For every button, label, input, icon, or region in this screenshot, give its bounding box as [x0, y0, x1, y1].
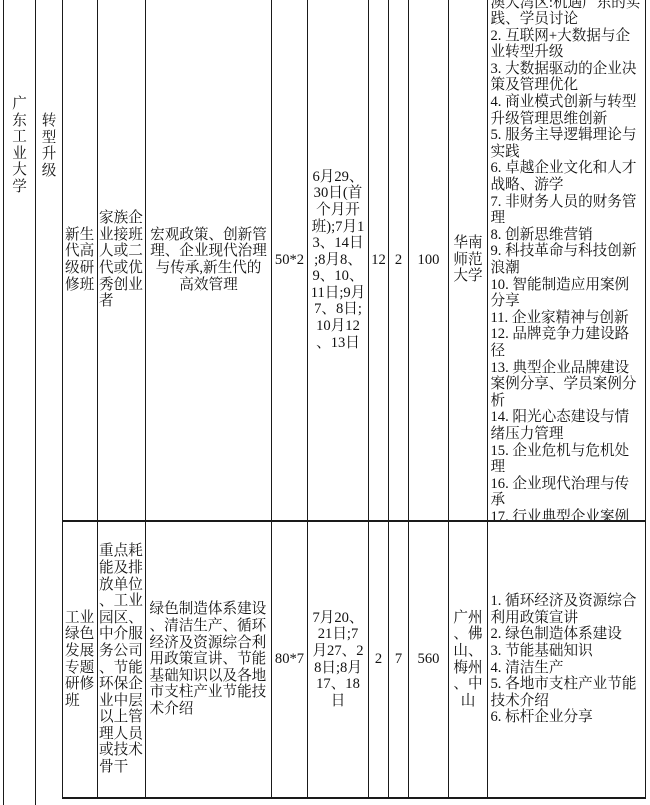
audience-text: 家族企业接班人或二代或优秀创业者: [99, 210, 144, 310]
training-schedule-table: 广东工业大学 转型升级 新生代高级研修班 家族企业接班人或二代或优秀创业者 宏观…: [0, 0, 650, 805]
partner-name: 华南师范大学: [453, 235, 484, 285]
cell-program-row2: 工业绿色发展专题研修班: [63, 522, 97, 797]
program-name: 工业绿色发展专题研修班: [65, 610, 95, 710]
topic-item: 17. 行业典型企业案例分享: [491, 509, 643, 520]
topic-item: 11. 企业家精神与创新: [491, 310, 643, 327]
content-text: 绿色制造体系建设、清洁生产、循环经济及资源综合利用政策宣讲、节能基础知识以及各地…: [150, 601, 268, 717]
schedule-text: 7月20、21日;7月27、28日;8月17、18日: [311, 610, 366, 710]
topic-item: 12. 品牌竞争力建设路径: [491, 326, 643, 359]
topic-item: 5. 服务主导逻辑理论与实践: [491, 127, 643, 160]
track-name: 转型升级: [41, 113, 57, 179]
num3-value: 560: [418, 651, 440, 668]
cell-program-row1: 新生代高级研修班: [63, 0, 97, 520]
topic-item: 1. 宏观政策解读、粤港澳大湾区:机遇广东的实践、学员讨论: [491, 0, 643, 28]
scale-value: 50*2: [275, 252, 304, 269]
partner-name: 广州、佛山、梅州、中山: [453, 610, 484, 710]
topic-item: 6. 卓越企业文化和人才战略、游学: [491, 160, 643, 193]
topic-item: 15. 企业危机与危机处理: [491, 443, 643, 476]
scale-value: 80*7: [275, 651, 304, 668]
topic-item: 10. 智能制造应用案例分享: [491, 277, 643, 310]
topic-item: 3. 节能基础知识: [491, 643, 643, 660]
topic-item: 14. 阳光心态建设与情绪压力管理: [491, 409, 643, 442]
audience-text: 重点耗能及排放单位、工业园区、中介服务公司、节能环保企业中层以上管理人员或技术骨…: [99, 543, 144, 775]
cell-content-row1: 宏观政策、创新管理、企业现代治理与传承,新生代的高效管理: [146, 0, 271, 520]
num2-value: 2: [395, 252, 402, 269]
topic-item: 2. 互联网+大数据与企业转型升级: [491, 28, 643, 61]
num2-value: 7: [395, 651, 402, 668]
topic-item: 5. 各地市支柱产业节能技术介绍: [491, 676, 643, 709]
cell-num2-row1: 2: [389, 0, 408, 520]
cell-content-row2: 绿色制造体系建设、清洁生产、循环经济及资源综合利用政策宣讲、节能基础知识以及各地…: [146, 522, 271, 797]
university-name: 广东工业大学: [12, 96, 28, 196]
cell-university: 广东工业大学: [4, 96, 35, 196]
table-bottom-border: [62, 797, 646, 799]
topic-item: 6. 标杆企业分享: [491, 709, 643, 726]
table-border-vertical: [645, 0, 646, 799]
cell-num1-row1: 12: [369, 0, 388, 520]
num1-value: 12: [371, 252, 386, 269]
num1-value: 2: [375, 651, 382, 668]
topic-item: 7. 非财务人员的财务管理: [491, 194, 643, 227]
cell-num1-row2: 2: [369, 522, 388, 797]
schedule-text: 6月29、30日(首个月开班);7月13、14日;8月8、9、10、11日;9月…: [311, 169, 366, 352]
topic-item: 8. 创新思维营销: [491, 227, 643, 244]
cell-scale-row1: 50*2: [272, 0, 307, 520]
content-text: 宏观政策、创新管理、企业现代治理与传承,新生代的高效管理: [150, 227, 268, 293]
cell-partner-row2: 广州、佛山、梅州、中山: [449, 522, 487, 797]
topics-list: 1. 循环经济及资源综合利用政策宣讲2. 绿色制造体系建设3. 节能基础知识4.…: [491, 593, 643, 726]
cell-audience-row1: 家族企业接班人或二代或优秀创业者: [98, 0, 145, 520]
topic-item: 1. 循环经济及资源综合利用政策宣讲: [491, 593, 643, 626]
cell-schedule-row2: 7月20、21日;7月27、28日;8月17、18日: [308, 522, 368, 797]
cell-num3-row2: 560: [409, 522, 448, 797]
cell-num3-row1: 100: [409, 0, 448, 520]
cell-partner-row1: 华南师范大学: [449, 0, 487, 520]
topic-item: 4. 商业模式创新与转型升级管理思维创新: [491, 94, 643, 127]
topic-item: 13. 典型企业品牌建设案例分享、学员案例分析: [491, 360, 643, 410]
cell-topics-row1: 1. 宏观政策解读、粤港澳大湾区:机遇广东的实践、学员讨论2. 互联网+大数据与…: [488, 0, 645, 520]
cell-schedule-row1: 6月29、30日(首个月开班);7月13、14日;8月8、9、10、11日;9月…: [308, 0, 368, 520]
cell-audience-row2: 重点耗能及排放单位、工业园区、中介服务公司、节能环保企业中层以上管理人员或技术骨…: [98, 522, 145, 797]
topic-item: 4. 清洁生产: [491, 660, 643, 677]
program-name: 新生代高级研修班: [65, 227, 95, 293]
cell-num2-row2: 7: [389, 522, 408, 797]
topic-item: 3. 大数据驱动的企业决策及管理优化: [491, 61, 643, 94]
cell-track: 转型升级: [36, 113, 62, 179]
num3-value: 100: [418, 252, 440, 269]
topic-item: 16. 企业现代治理与传承: [491, 476, 643, 509]
topic-item: 2. 绿色制造体系建设: [491, 626, 643, 643]
topic-item: 9. 科技革命与科技创新浪潮: [491, 243, 643, 276]
cell-topics-row2: 1. 循环经济及资源综合利用政策宣讲2. 绿色制造体系建设3. 节能基础知识4.…: [488, 522, 645, 797]
topics-list: 1. 宏观政策解读、粤港澳大湾区:机遇广东的实践、学员讨论2. 互联网+大数据与…: [491, 0, 643, 520]
cell-scale-row2: 80*7: [272, 522, 307, 797]
